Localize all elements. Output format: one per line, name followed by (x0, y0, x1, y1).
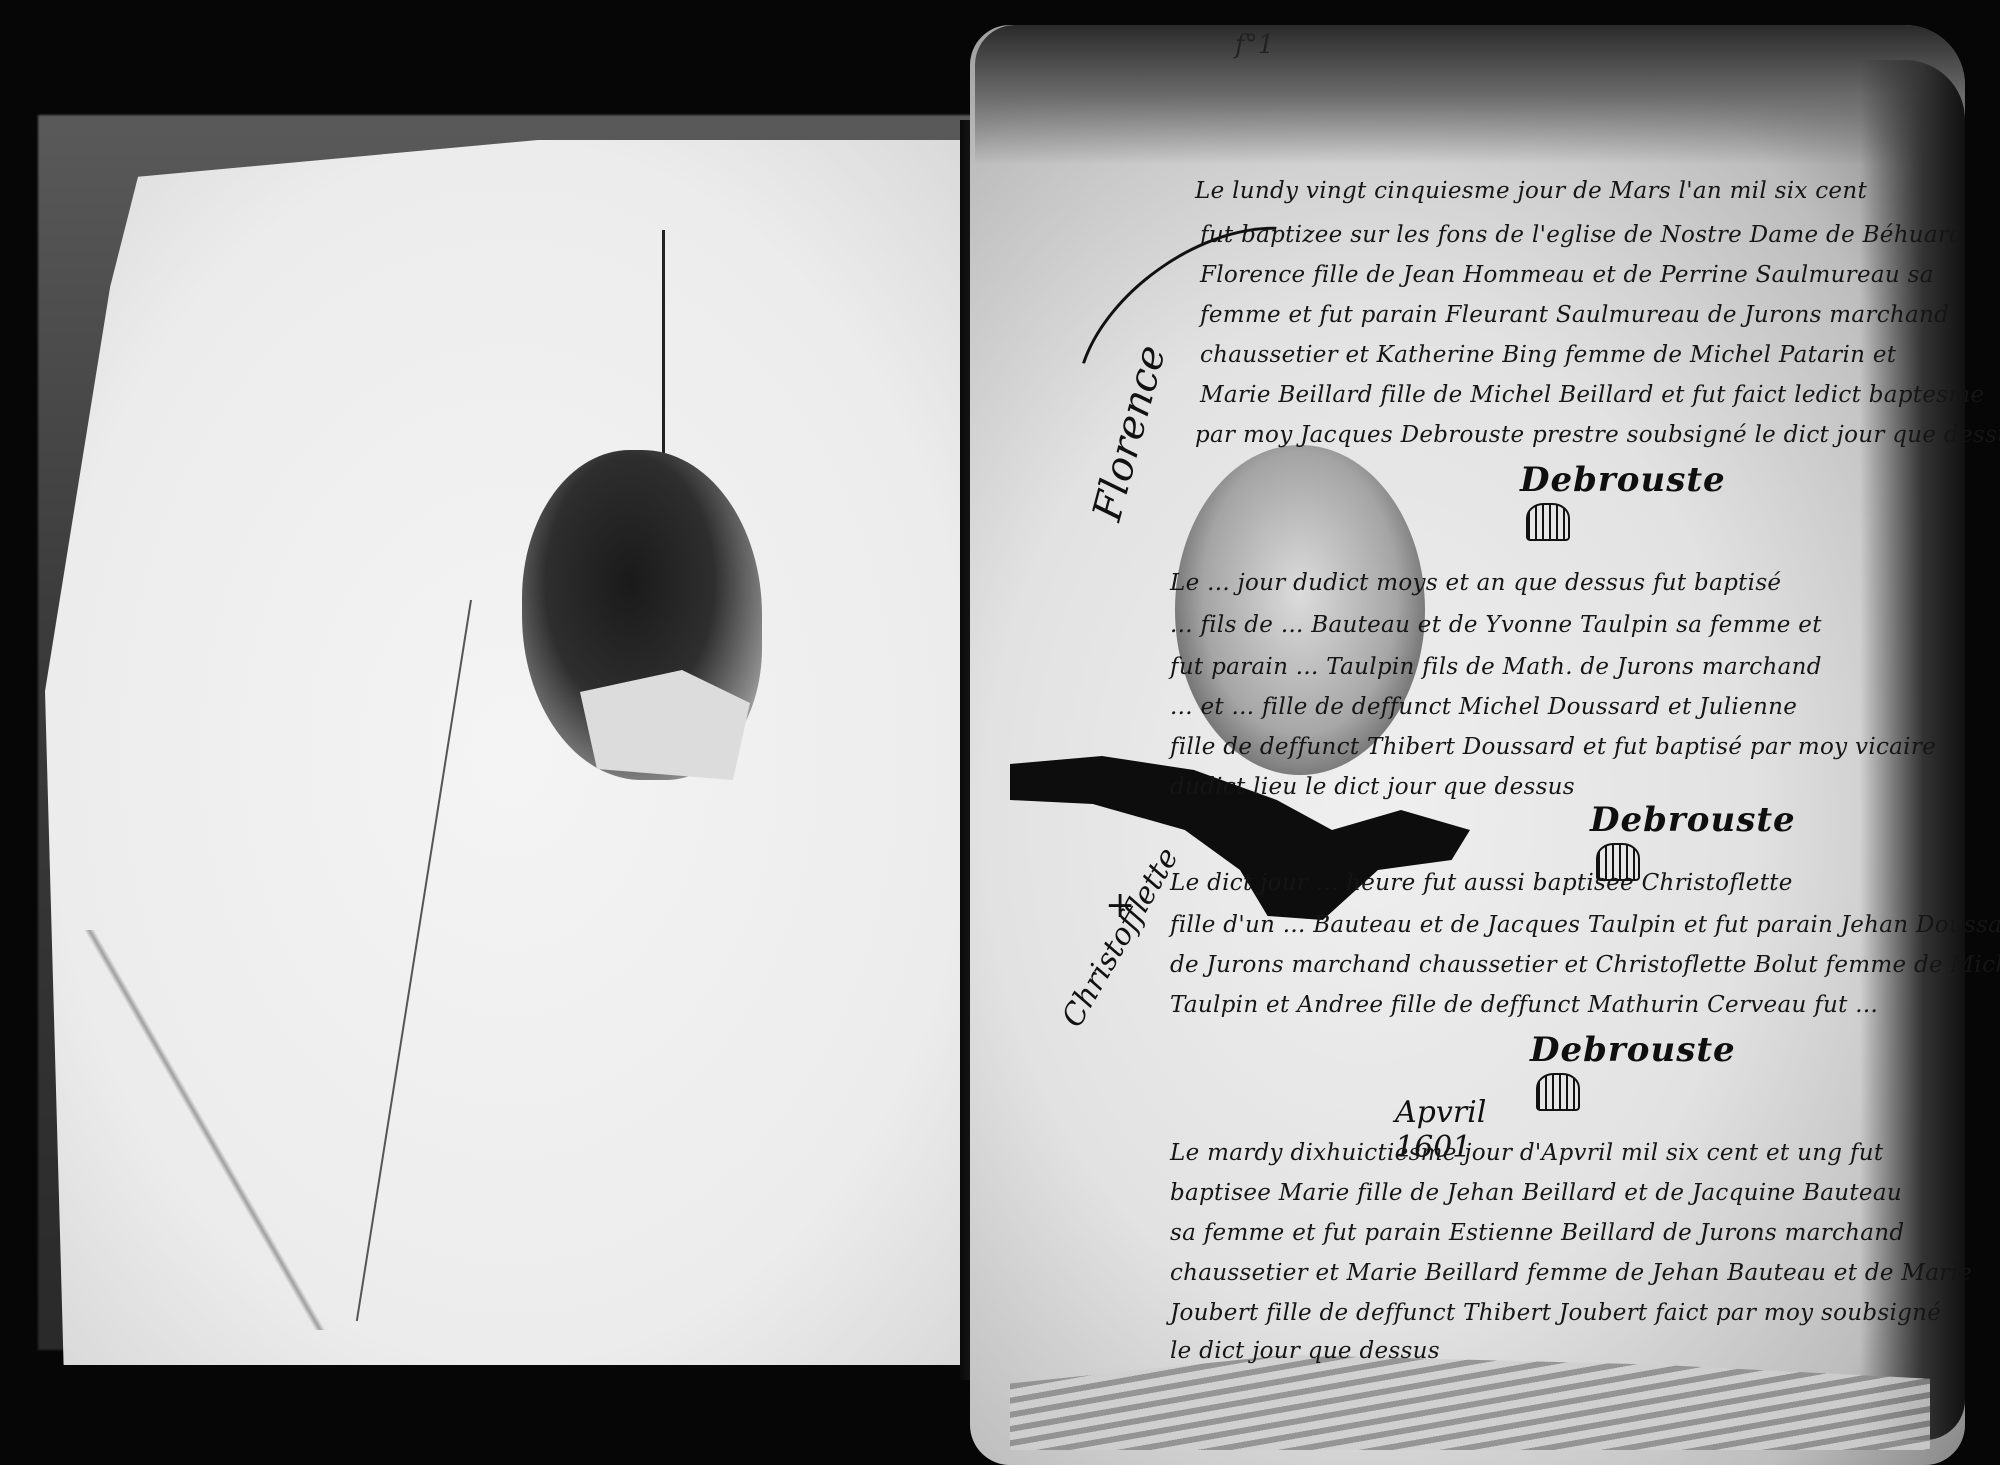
entry-line: Le mardy dixhuictiesme jour d'Apvril mil… (1170, 1140, 1883, 1166)
folio-mark: f°1 (1235, 30, 1274, 60)
signature: Debrouste (1520, 460, 1726, 541)
entry-line: le dict jour que dessus (1170, 1338, 1440, 1364)
water-stain (1175, 445, 1425, 775)
entry-line: fut parain ... Taulpin fils de Math. de … (1170, 654, 1822, 680)
entry-line: de Jurons marchand chaussetier et Christ… (1170, 952, 2000, 978)
right-page-top-stain (975, 25, 1965, 165)
entry-line: ... fils de ... Bauteau et de Yvonne Tau… (1170, 612, 1822, 638)
entry-line: Le lundy vingt cinquiesme jour de Mars l… (1195, 178, 1867, 204)
entry-line: Taulpin et Andree fille de deffunct Math… (1170, 992, 1878, 1018)
signature: Debrouste (1590, 800, 1796, 881)
entry-line: sa femme et fut parain Estienne Beillard… (1170, 1220, 1904, 1246)
entry-line: ... et ... fille de deffunct Michel Dous… (1170, 694, 1797, 720)
entry-line: Joubert fille de deffunct Thibert Jouber… (1170, 1300, 1941, 1326)
entry-line: Le ... jour dudict moys et an que dessus… (1170, 570, 1781, 596)
entry-line: par moy Jacques Debrouste prestre soubsi… (1195, 422, 2000, 448)
entry-line: chaussetier et Marie Beillard femme de J… (1170, 1260, 1972, 1286)
entry-line: Le dict jour ... heure fut aussi baptise… (1170, 870, 1793, 896)
cross-mark: + (1105, 885, 1135, 926)
signature: Debrouste (1530, 1030, 1736, 1111)
entry-line: dudict lieu le dict jour que dessus (1170, 774, 1575, 800)
left-page-creases (60, 930, 360, 1330)
entry-line: baptisee Marie fille de Jehan Beillard e… (1170, 1180, 1902, 1206)
entry-line: fille d'un ... Bauteau et de Jacques Tau… (1170, 912, 2000, 938)
entry-line: Marie Beillard fille de Michel Beillard … (1200, 382, 1984, 408)
entry-line: fille de deffunct Thibert Doussard et fu… (1170, 734, 1936, 760)
